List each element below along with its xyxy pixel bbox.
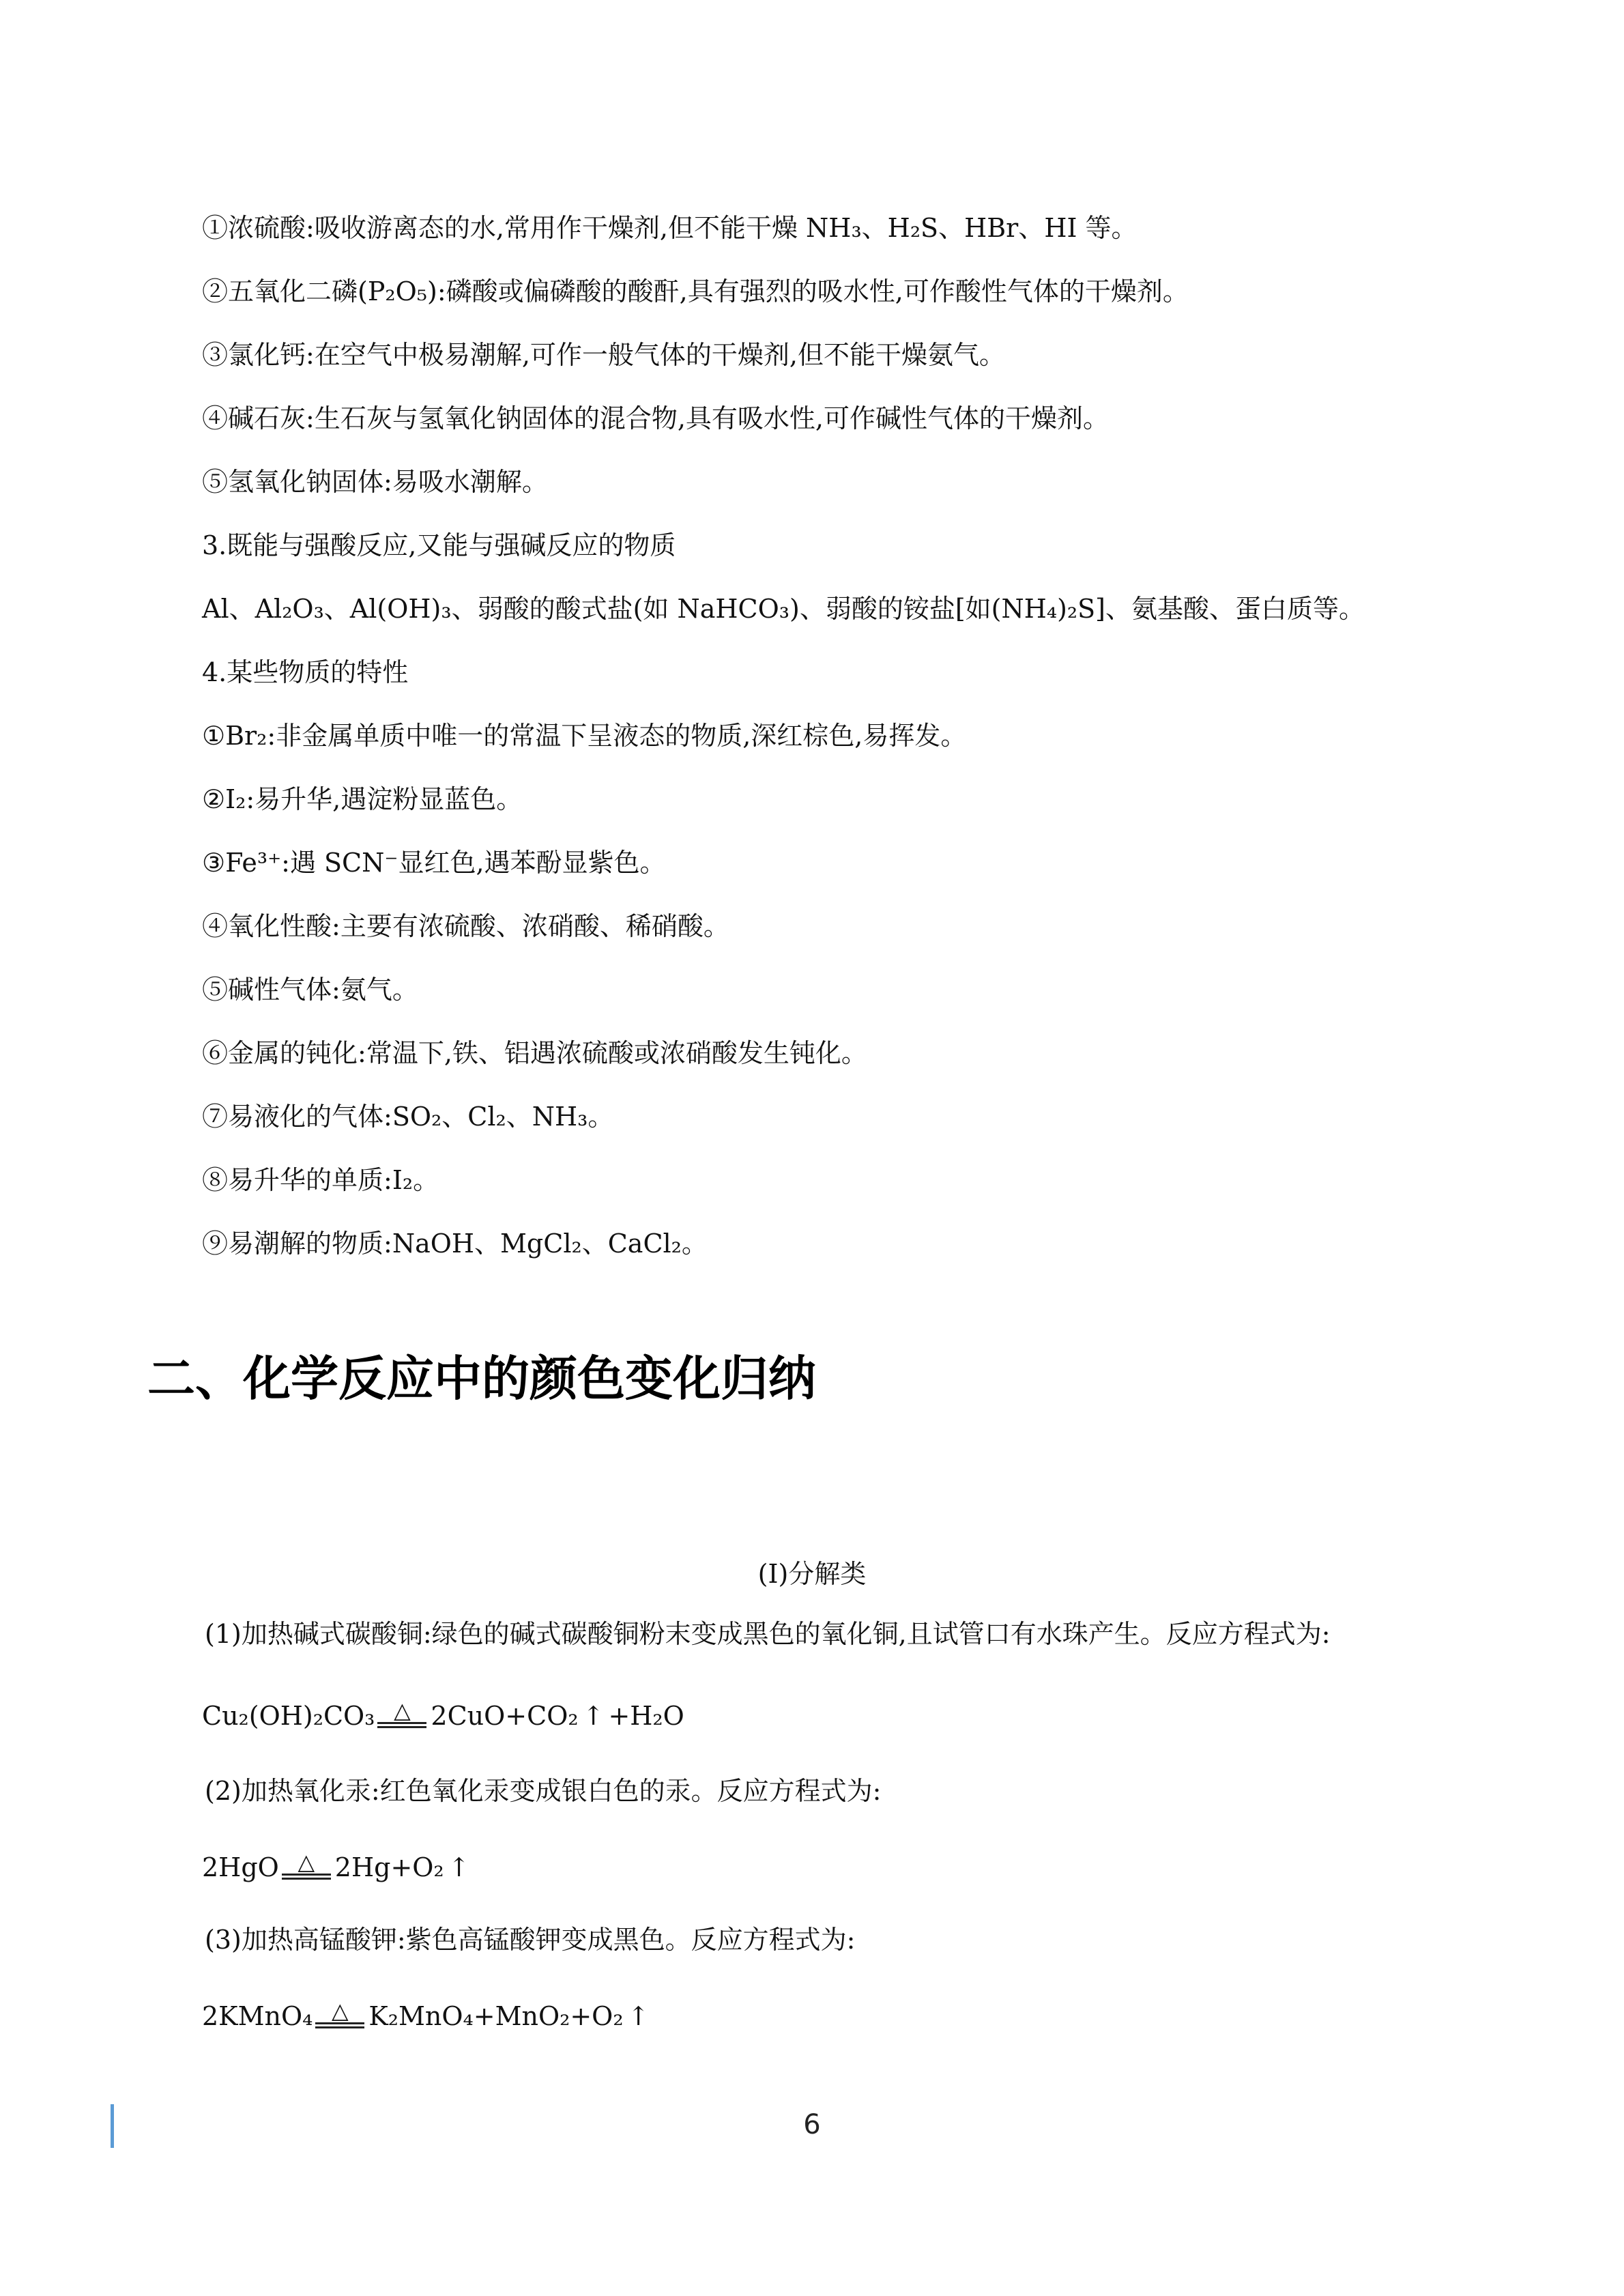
property-item-4: ④氧化性酸:主要有浓硫酸、浓硝酸、稀硝酸。	[202, 910, 729, 943]
reactants: Cu₂(OH)₂CO₃	[202, 1699, 375, 1732]
item-text: 五氧化二磷(P₂O₅):磷酸或偏磷酸的酸酐,具有强烈的吸水性,可作酸性气体的干燥…	[228, 276, 1189, 306]
property-item-5: ⑤碱性气体:氨气。	[202, 973, 418, 1006]
item-marker: ⑨	[202, 1229, 228, 1259]
double-line-icon	[282, 1874, 331, 1880]
item-marker: ⑤	[202, 975, 228, 1005]
drying-agent-item-4: ④碱石灰:生石灰与氢氧化钠固体的混合物,具有吸水性,可作碱性气体的干燥剂。	[202, 402, 1109, 435]
item-text: 碱性气体:氨气。	[228, 975, 418, 1005]
page-number: 6	[0, 2109, 1624, 2140]
products-extra: +H₂O	[608, 1699, 684, 1732]
item-marker: ①	[202, 721, 225, 751]
drying-agent-item-5: ⑤氢氧化钠固体:易吸水潮解。	[202, 465, 548, 498]
double-line-icon	[315, 2022, 364, 2028]
item-text: 碱石灰:生石灰与氢氧化钠固体的混合物,具有吸水性,可作碱性气体的干燥剂。	[228, 403, 1109, 433]
reaction-3-description: (3)加热高锰酸钾:紫色高锰酸钾变成黑色。反应方程式为:	[205, 1923, 855, 1956]
property-item-7: ⑦易液化的气体:SO₂、Cl₂、NH₃。	[202, 1100, 613, 1133]
heat-condition: △	[314, 1999, 366, 2028]
item-text: Fe³⁺:遇 SCN⁻显红色,遇苯酚显紫色。	[225, 848, 665, 878]
reaction-1-description: (1)加热碱式碳酸铜:绿色的碱式碳酸铜粉末变成黑色的氧化铜,且试管口有水珠产生。…	[205, 1618, 1331, 1650]
item-marker: ②	[202, 276, 228, 306]
item-text: 易潮解的物质:NaOH、MgCl₂、CaCl₂。	[228, 1229, 708, 1259]
property-item-1: ①Br₂:非金属单质中唯一的常温下呈液态的物质,深红棕色,易挥发。	[202, 719, 966, 752]
delta-icon: △	[298, 1850, 315, 1874]
item-text: 氯化钙:在空气中极易潮解,可作一般气体的干燥剂,但不能干燥氨气。	[228, 340, 1005, 370]
reactants: 2KMnO₄	[202, 2000, 313, 2033]
reaction-1-equation: Cu₂(OH)₂CO₃ △ 2CuO+CO₂ ↑ +H₂O	[202, 1699, 684, 1732]
item-marker: ⑦	[202, 1102, 228, 1132]
gas-arrow-icon: ↑	[583, 1699, 605, 1732]
item-text: 易液化的气体:SO₂、Cl₂、NH₃。	[228, 1102, 613, 1132]
item-marker: ①	[202, 213, 228, 243]
item-marker: ③	[202, 340, 228, 370]
item-text: 氢氧化钠固体:易吸水潮解。	[228, 467, 548, 497]
item-marker: ⑥	[202, 1038, 228, 1068]
delta-icon: △	[332, 1999, 349, 2022]
property-item-8: ⑧易升华的单质:I₂。	[202, 1164, 439, 1196]
drying-agent-item-1: ①浓硫酸:吸收游离态的水,常用作干燥剂,但不能干燥 NH₃、H₂S、HBr、HI…	[202, 212, 1137, 244]
reaction-3-equation: 2KMnO₄ △ K₂MnO₄+MnO₂+O₂ ↑	[202, 2000, 653, 2033]
item-marker: ④	[202, 911, 228, 941]
products: 2CuO+CO₂	[431, 1699, 578, 1732]
item-marker: ③	[202, 848, 225, 878]
property-item-6: ⑥金属的钝化:常温下,铁、铝遇浓硫酸或浓硝酸发生钝化。	[202, 1037, 867, 1070]
item-text: Br₂:非金属单质中唯一的常温下呈液态的物质,深红棕色,易挥发。	[225, 721, 966, 751]
heat-condition: △	[280, 1850, 332, 1880]
item-marker: ②	[202, 784, 225, 814]
section-3-content: Al、Al₂O₃、Al(OH)₃、弱酸的酸式盐(如 NaHCO₃)、弱酸的铵盐[…	[202, 592, 1365, 625]
item-text: 金属的钝化:常温下,铁、铝遇浓硫酸或浓硝酸发生钝化。	[228, 1038, 867, 1068]
item-text: 氧化性酸:主要有浓硫酸、浓硝酸、稀硝酸。	[228, 911, 729, 941]
delta-icon: △	[394, 1699, 411, 1722]
property-item-9: ⑨易潮解的物质:NaOH、MgCl₂、CaCl₂。	[202, 1227, 708, 1260]
drying-agent-item-3: ③氯化钙:在空气中极易潮解,可作一般气体的干燥剂,但不能干燥氨气。	[202, 339, 1005, 371]
heat-condition: △	[376, 1699, 428, 1728]
item-marker: ④	[202, 403, 228, 433]
section-3-title: 3.既能与强酸反应,又能与强碱反应的物质	[202, 529, 676, 562]
section-4-title: 4.某些物质的特性	[202, 656, 408, 689]
gas-arrow-icon: ↑	[628, 2000, 650, 2033]
property-item-3: ③Fe³⁺:遇 SCN⁻显红色,遇苯酚显紫色。	[202, 846, 666, 879]
chapter-heading: 二、化学反应中的颜色变化归纳	[147, 1348, 816, 1409]
reaction-2-equation: 2HgO △ 2Hg+O₂ ↑	[202, 1851, 474, 1884]
item-text: 易升华的单质:I₂。	[228, 1165, 439, 1195]
item-marker: ⑤	[202, 467, 228, 497]
item-marker: ⑧	[202, 1165, 228, 1195]
item-text: 浓硫酸:吸收游离态的水,常用作干燥剂,但不能干燥 NH₃、H₂S、HBr、HI …	[228, 213, 1137, 243]
double-line-icon	[377, 1722, 426, 1728]
property-item-2: ②I₂:易升华,遇淀粉显蓝色。	[202, 783, 522, 816]
drying-agent-item-2: ②五氧化二磷(P₂O₅):磷酸或偏磷酸的酸酐,具有强烈的吸水性,可作酸性气体的干…	[202, 275, 1189, 308]
item-text: I₂:易升华,遇淀粉显蓝色。	[225, 784, 522, 814]
reactants: 2HgO	[202, 1851, 279, 1884]
reaction-2-description: (2)加热氧化汞:红色氧化汞变成银白色的汞。反应方程式为:	[205, 1775, 881, 1807]
products: K₂MnO₄+MnO₂+O₂	[368, 2000, 623, 2033]
gas-arrow-icon: ↑	[448, 1851, 470, 1884]
subsection-heading: (Ⅰ)分解类	[0, 1558, 1624, 1590]
products: 2Hg+O₂	[335, 1851, 444, 1884]
